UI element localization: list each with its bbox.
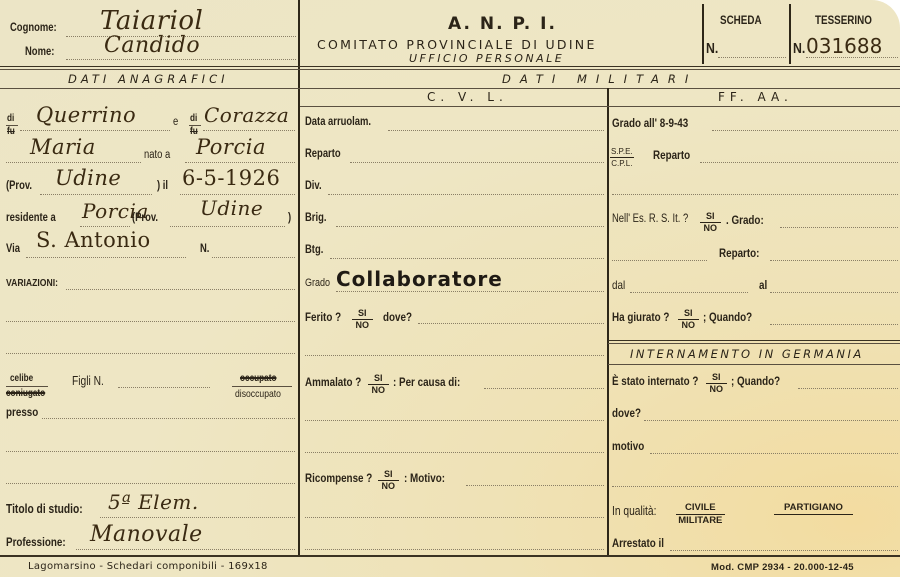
giurato-quando-line [770,324,898,325]
presso-line-3 [6,483,295,484]
div-line [328,194,604,195]
motivo-line-2 [305,517,604,518]
internato-motivo-line-2 [612,486,898,487]
org-title: A. N. P. I. [448,14,557,34]
rsi-label: Nell' Es. R. S. It. ? [612,213,688,225]
professione-label: Professione: [6,535,66,549]
brig-line [336,226,604,227]
giurato-si-no: SINO [678,308,699,331]
tesserino-n-value: 031688 [806,34,882,58]
n-label: N. [200,243,209,255]
rsi-reparto-label: Reparto: [719,246,759,260]
ammalato-label: Ammalato ? [305,375,361,389]
dal-line [630,292,748,293]
rule-internamento-top [608,340,900,341]
cpl-option: C.P.L. [611,158,632,169]
motivo-line [466,485,604,486]
mother-line-1 [203,130,295,131]
si-option: SI [368,373,389,385]
nato-label: nato a [144,149,170,161]
rule-header [0,66,900,67]
grado-stamp-value: Collaboratore [336,267,503,291]
rule-footer [0,555,900,557]
rsi-reparto-line [770,260,898,261]
il-value: 6-5-1926 [182,166,280,190]
militare-option: MILITARE [678,515,722,527]
divider-military [607,88,609,555]
grado-label: Grado [305,277,330,289]
via-value: S. Antonio [36,228,151,252]
causa-label: : Per causa di: [393,375,460,389]
celibe-bar [6,386,48,387]
si-option: SI [706,372,727,384]
titolo-line [100,517,295,518]
internato-dove-line [644,420,898,421]
presso-line-2 [6,451,295,452]
prov2-label: (Prov. [132,212,158,224]
rule-internamento-top-2 [608,343,900,344]
n-line [212,257,295,258]
nato-line [185,162,295,163]
giurato-quando-label: ; Quando? [703,310,752,324]
si-option: SI [678,308,699,320]
al-label: al [759,278,767,292]
footer-left: Lagomarsino - Schedari componibili - 169… [28,561,268,572]
di2-label: di [190,113,197,124]
ffaa-reparto-label: Reparto [653,148,690,162]
prov-value: Udine [55,166,121,190]
internato-quando-label: ; Quando? [731,374,780,388]
il-line [180,194,295,195]
civile-option: CIVILE [676,502,725,515]
divider-scheda [702,4,704,64]
committee-title: COMITATO PROVINCIALE DI UDINE [317,37,597,52]
motivo-label: : Motivo: [404,471,445,485]
al-line [770,292,898,293]
si-option: SI [378,469,399,481]
occupato-bar [232,386,292,387]
brig-label: Brig. [305,212,326,224]
variazioni-label: VARIAZIONI: [6,277,58,289]
father-value: Querrino [36,103,136,127]
tesserino-n-line [806,57,898,58]
prov-line [40,194,152,195]
ferito-si-no: SINO [352,308,373,331]
ffaa-grado-line [712,130,898,131]
section-dati-militari: DATI MILITARI [502,72,697,86]
variazioni-line-1 [66,289,295,290]
mother-value-1: Corazza [204,103,289,127]
causa-line-3 [305,452,604,453]
nato-value: Porcia [196,135,266,159]
fu-label: fu [7,126,15,137]
via-label: Via [6,243,20,255]
rsi-reparto-pre-line [612,260,707,261]
scheda-label: SCHEDA [720,13,762,27]
il-label: ) il [157,180,168,192]
scheda-n-line [718,57,786,58]
tesserino-n-label: N. [793,40,805,57]
reparto-label: Reparto [305,148,341,160]
nome-value: Candido [104,33,200,58]
residente-label: residente a [6,212,56,224]
divider-tesserino [789,4,791,64]
arrestato-line [670,550,898,551]
e-label: e [173,116,178,128]
no-option: NO [704,223,718,234]
tesserino-label: TESSERINO [815,13,872,27]
dal-label: dal [612,278,625,292]
rule-header-2 [0,69,900,70]
prov2-value: Udine [200,196,263,220]
si-option: SI [352,308,373,320]
ferito-dove-label: dove? [383,310,412,324]
figli-label: Figli N. [72,374,104,388]
section-cvl: C. V. L. [427,90,508,104]
partigiano: PARTIGIANO [774,502,853,515]
rule-internamento-bottom [608,364,900,365]
via-line [26,257,186,258]
internato-dove-label: dove? [612,406,641,420]
figli-line [118,387,210,388]
grado-line [336,291,604,292]
no-option: NO [372,385,386,396]
nome-line [66,59,296,60]
data-arruolam-label: Data arruolam. [305,116,371,128]
rule-subsections [300,106,900,107]
internato-si-no: SINO [706,372,727,395]
cognome-label: Cognome: [10,22,57,34]
spe-option: S.P.E. [610,146,634,158]
section-ffaa: FF. AA. [718,90,793,104]
si-option: SI [700,211,721,223]
prov-label: (Prov. [6,180,32,192]
ffaa-grado-label: Grado all' 8-9-43 [612,116,688,130]
giurato-label: Ha giurato ? [612,310,669,324]
titolo-value: 5ª Elem. [108,490,199,514]
civile-militare: CIVILEMILITARE [676,502,725,527]
reparto-line [350,162,604,163]
father-line [20,130,170,131]
titolo-label: Titolo di studio: [6,502,83,516]
internato-motivo-line [650,453,898,454]
rule-sections [0,88,900,89]
internato-quando-line [798,388,898,389]
mother-value-2: Maria [30,135,96,159]
presso-line [42,418,295,419]
di-label: di [7,113,14,124]
disoccupato-label: disoccupato [235,388,281,400]
internato-label: È stato internato ? [612,374,698,388]
occupato-label: occupato [240,373,276,384]
data-arruolam-line [388,130,604,131]
footer-right: Mod. CMP 2934 - 20.000-12-45 [711,562,854,573]
scheda-n-label: N. [706,40,718,57]
cognome-value: Taiariol [100,6,203,36]
professione-line [76,549,295,550]
ffaa-reparto-line [700,162,898,163]
ffaa-reparto-line-2 [612,194,898,195]
rsi-grado-line [780,227,898,228]
no-option: NO [356,320,370,331]
ferito-line-2 [305,355,604,356]
internato-motivo-label: motivo [612,439,644,453]
ricompense-si-no: SINO [378,469,399,492]
qualita-label: In qualità: [612,504,656,518]
anpi-record-card: Cognome: Taiariol Nome: Candido A. N. P.… [0,0,900,577]
celibe-label: celibe [10,373,33,384]
variazioni-line-2 [6,321,295,322]
variazioni-line-3 [6,353,295,354]
prov2-line [170,226,285,227]
section-internamento: INTERNAMENTO IN GERMANIA [630,347,864,361]
causa-line [484,388,604,389]
ferito-label: Ferito ? [305,310,341,324]
arrestato-label: Arrestato il [612,536,664,550]
ferito-dove-line [418,323,604,324]
no-option: NO [382,481,396,492]
coniugato-label: coniugato [6,388,45,399]
mother-line-2 [6,162,141,163]
ricompense-label: Ricompense ? [305,471,372,485]
btg-label: Btg. [305,244,323,256]
divider-left [298,0,300,555]
no-option: NO [682,320,696,331]
residente-line [80,226,130,227]
spe-cpl: S.P.E.C.P.L. [610,146,634,169]
rsi-grado-label: . Grado: [726,213,764,227]
ammalato-si-no: SINO [368,373,389,396]
presso-label: presso [6,405,38,419]
prov2-close: ) [288,212,291,224]
office-title: UFFICIO PERSONALE [409,52,564,65]
causa-line-2 [305,420,604,421]
rsi-si-no: SINO [700,211,721,234]
no-option: NO [710,384,724,395]
section-dati-anagrafici: DATI ANAGRAFICI [68,72,229,86]
div-label: Div. [305,180,322,192]
motivo-line-3 [305,549,604,550]
partigiano-option: PARTIGIANO [774,502,853,515]
professione-value: Manovale [90,522,203,547]
nome-label: Nome: [25,46,54,58]
btg-line [330,258,604,259]
